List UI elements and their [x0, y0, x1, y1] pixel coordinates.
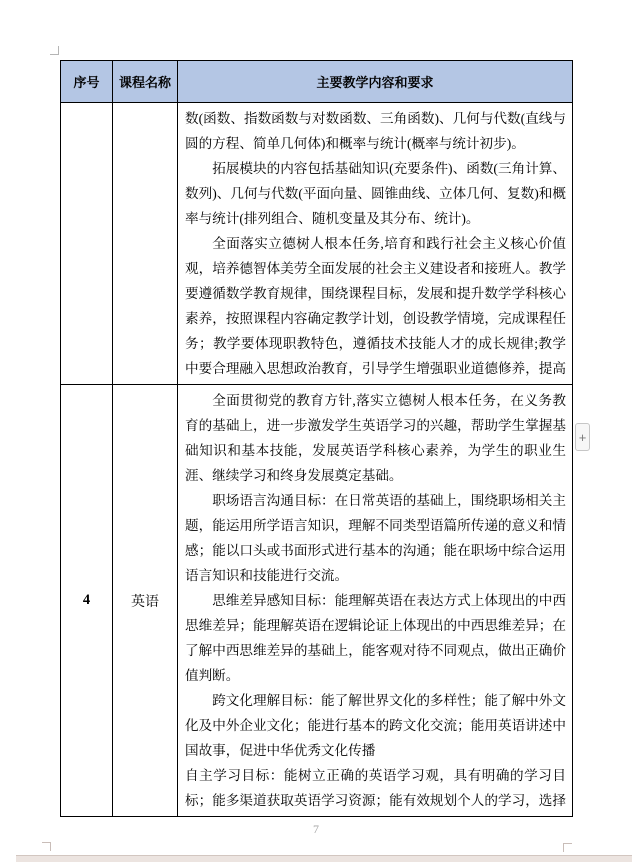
paragraph: 自主学习目标：能树立正确的英语学习观，具有明确的学习目标；能多渠道获取英语学习资… — [185, 763, 566, 816]
cell-course-english[interactable]: 英语 — [113, 385, 178, 817]
page-number: 7 — [60, 822, 572, 837]
cell-seq-4[interactable]: 4 — [61, 385, 113, 817]
table-row-math-continued: 数(函数、指数函数与对数函数、三角函数)、几何与代数(直线与圆的方程、简单几何体… — [61, 103, 573, 385]
course-table: 序号 课程名称 主要教学内容和要求 数(函数、指数函数与对数函数、三角函数)、几… — [60, 60, 573, 817]
insert-plus-button[interactable]: + — [575, 423, 590, 451]
cell-content-math-text: 数(函数、指数函数与对数函数、三角函数)、几何与代数(直线与圆的方程、简单几何体… — [178, 103, 572, 384]
table-row-english: 4 英语 全面贯彻党的教育方针,落实立德树人根本任务，在义务教育的基础上，进一步… — [61, 385, 573, 817]
paragraph: 拓展模块的内容包括基础知识(充要条件)、函数(三角计算、数列)、几何与代数(平面… — [185, 156, 566, 231]
margin-corner-mark — [563, 843, 572, 852]
header-cell-seq: 序号 — [61, 61, 113, 103]
paragraph: 数(函数、指数函数与对数函数、三角函数)、几何与代数(直线与圆的方程、简单几何体… — [185, 106, 566, 156]
margin-corner-mark — [42, 842, 51, 851]
paragraph: 全面落实立德树人根本任务,培育和践行社会主义核心价值观，培养德智体美劳全面发展的… — [185, 231, 566, 384]
cell-content-english[interactable]: 全面贯彻党的教育方针,落实立德树人根本任务，在义务教育的基础上，进一步激发学生英… — [178, 385, 573, 817]
header-cell-content: 主要教学内容和要求 — [178, 61, 573, 103]
paragraph: 全面贯彻党的教育方针,落实立德树人根本任务，在义务教育的基础上，进一步激发学生英… — [185, 388, 566, 488]
document-page: 序号 课程名称 主要教学内容和要求 数(函数、指数函数与对数函数、三角函数)、几… — [0, 0, 632, 862]
header-cell-course-name: 课程名称 — [113, 61, 178, 103]
paragraph: 跨文化理解目标：能了解世界文化的多样性；能了解中外文化及中外企业文化；能进行基本… — [185, 688, 566, 763]
table-header-row: 序号 课程名称 主要教学内容和要求 — [61, 61, 573, 103]
cell-content-math[interactable]: 数(函数、指数函数与对数函数、三角函数)、几何与代数(直线与圆的方程、简单几何体… — [178, 103, 573, 385]
cell-content-english-text: 全面贯彻党的教育方针,落实立德树人根本任务，在义务教育的基础上，进一步激发学生英… — [178, 385, 572, 816]
paragraph: 职场语言沟通目标：在日常英语的基础上，围绕职场相关主题，能运用所学语言知识，理解… — [185, 488, 566, 588]
margin-corner-mark — [50, 46, 59, 55]
cell-course-empty[interactable] — [113, 103, 178, 385]
paragraph: 思维差异感知目标：能理解英语在表达方式上体现出的中西思维差异；能理解英语在逻辑论… — [185, 588, 566, 688]
cell-seq-empty[interactable] — [61, 103, 113, 385]
page-bottom-divider — [16, 855, 632, 862]
